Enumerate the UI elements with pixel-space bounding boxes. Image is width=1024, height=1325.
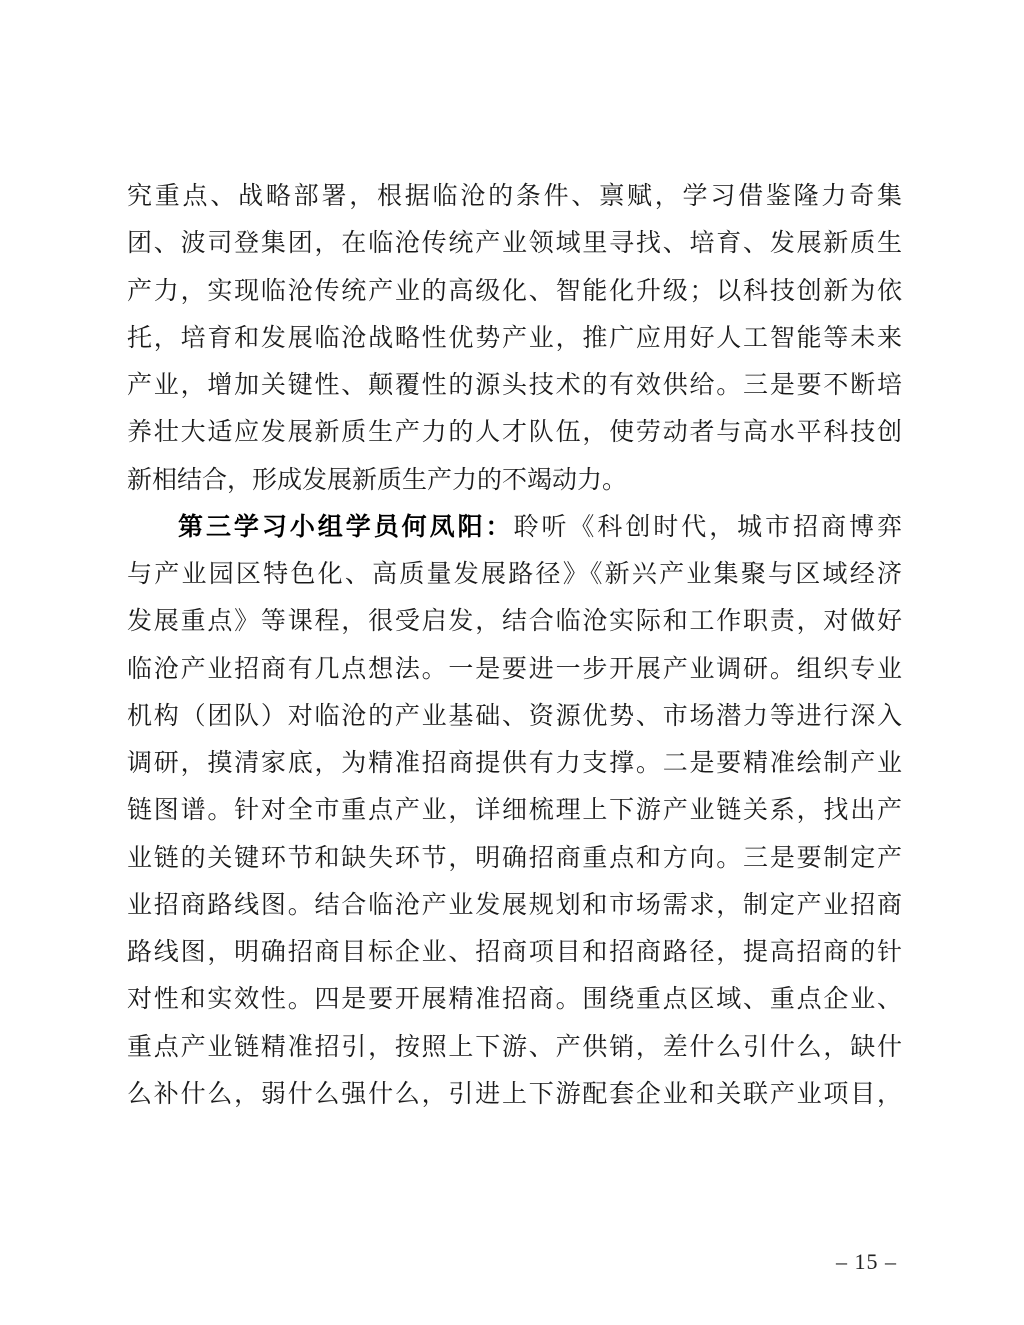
text-line: 业招商路线图。结合临沧产业发展规划和市场需求，制定产业招商 [127,881,902,928]
text-line: 发展重点》等课程，很受启发，结合临沧实际和工作职责，对做好 [127,597,902,644]
text-line: 链图谱。针对全市重点产业，详细梳理上下游产业链关系，找出产 [127,786,902,833]
paragraph-1: 究重点、战略部署，根据临沧的条件、禀赋，学习借鉴隆力奇集 团、波司登集团，在临沧… [127,172,902,503]
text-line: 与产业园区特色化、高质量发展路径》《新兴产业集聚与区域经济 [127,550,902,597]
document-page: 究重点、战略部署，根据临沧的条件、禀赋，学习借鉴隆力奇集 团、波司登集团，在临沧… [0,0,1024,1325]
text-segment: 聆听《科创时代，城市招商博弈 [514,512,902,541]
text-line: 团、波司登集团，在临沧传统产业领域里寻找、培育、发展新质生 [127,219,902,266]
text-line: 产力，实现临沧传统产业的高级化、智能化升级；以科技创新为依 [127,267,902,314]
text-line: 么补什么，弱什么强什么，引进上下游配套企业和关联产业项目， [127,1070,902,1117]
speaker-heading: 第三学习小组学员何凤阳： [178,512,514,541]
text-line: 重点产业链精准招引，按照上下游、产供销，差什么引什么，缺什 [127,1023,902,1070]
paragraph-2: 第三学习小组学员何凤阳：聆听《科创时代，城市招商博弈 与产业园区特色化、高质量发… [127,503,902,1117]
text-line: 临沧产业招商有几点想法。一是要进一步开展产业调研。组织专业 [127,645,902,692]
text-line: 业链的关键环节和缺失环节，明确招商重点和方向。三是要制定产 [127,834,902,881]
text-line: 对性和实效性。四是要开展精准招商。围绕重点区域、重点企业、 [127,975,902,1022]
text-line: 产业，增加关键性、颠覆性的源头技术的有效供给。三是要不断培 [127,361,902,408]
page-number: – 15 – [836,1249,897,1275]
paragraph-first-line: 第三学习小组学员何凤阳：聆听《科创时代，城市招商博弈 [127,503,902,550]
text-line: 路线图，明确招商目标企业、招商项目和招商路径，提高招商的针 [127,928,902,975]
text-line: 究重点、战略部署，根据临沧的条件、禀赋，学习借鉴隆力奇集 [127,172,902,219]
text-line: 托，培育和发展临沧战略性优势产业，推广应用好人工智能等未来 [127,314,902,361]
text-line: 新相结合，形成发展新质生产力的不竭动力。 [127,456,902,503]
text-line: 调研，摸清家底，为精准招商提供有力支撑。二是要精准绘制产业 [127,739,902,786]
document-body: 究重点、战略部署，根据临沧的条件、禀赋，学习借鉴隆力奇集 团、波司登集团，在临沧… [127,172,902,1117]
text-line: 养壮大适应发展新质生产力的人才队伍，使劳动者与高水平科技创 [127,408,902,455]
text-line: 机构（团队）对临沧的产业基础、资源优势、市场潜力等进行深入 [127,692,902,739]
